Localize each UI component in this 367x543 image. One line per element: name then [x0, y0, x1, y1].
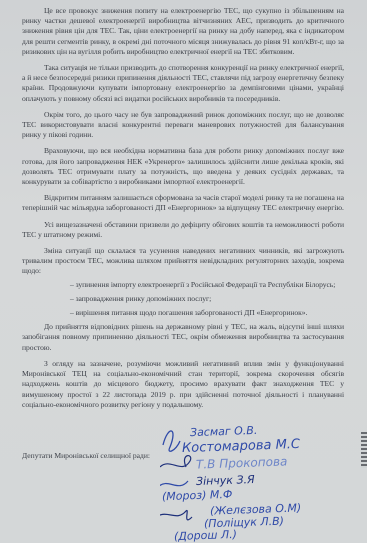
paragraph: До прийняття відповідних рішень на держа… — [22, 322, 344, 353]
signature: Засмаг О.В. — [190, 424, 258, 439]
bullet-item: – зупинення імпорту електроенергії з Рос… — [22, 280, 344, 290]
signature: Зінчук З.Я — [196, 473, 255, 488]
bullet-item: – вирішення питання щодо погашення забор… — [22, 308, 344, 318]
handwritten-signatures: Засмаг О.В. Костомарова М.С Т.В Прокопов… — [160, 423, 360, 543]
signature-label: Депутати Миронівської селищної ради: — [22, 451, 150, 460]
bullet-item: – запровадження ринку допоміжних послуг; — [22, 294, 344, 304]
paragraph: Зміна ситуації що склалася та усунення н… — [22, 246, 344, 277]
paragraph: Окрім того, до цього часу не був запрова… — [22, 110, 344, 141]
scan-edge-mark — [361, 432, 367, 468]
signature: (Дорош Л.) — [174, 528, 237, 543]
paragraph: Враховуючи, що вся необхідна нормативна … — [22, 146, 344, 187]
paragraph: Відкритим питанням залишається сформован… — [22, 193, 344, 213]
signature: (Мороз) М.Ф — [162, 488, 233, 503]
paragraph: З огляду на зазначене, розуміючи можливи… — [22, 359, 344, 410]
scanned-document-page: Це все провокує зниження попиту на елект… — [0, 0, 367, 543]
document-body: Це все провокує зниження попиту на елект… — [22, 6, 344, 416]
paragraph: Така ситуація не тільки призводить до сп… — [22, 63, 344, 104]
paragraph: Це все провокує зниження попиту на елект… — [22, 6, 344, 57]
paragraph: Усі вищезазначені обставини призвели до … — [22, 220, 344, 240]
